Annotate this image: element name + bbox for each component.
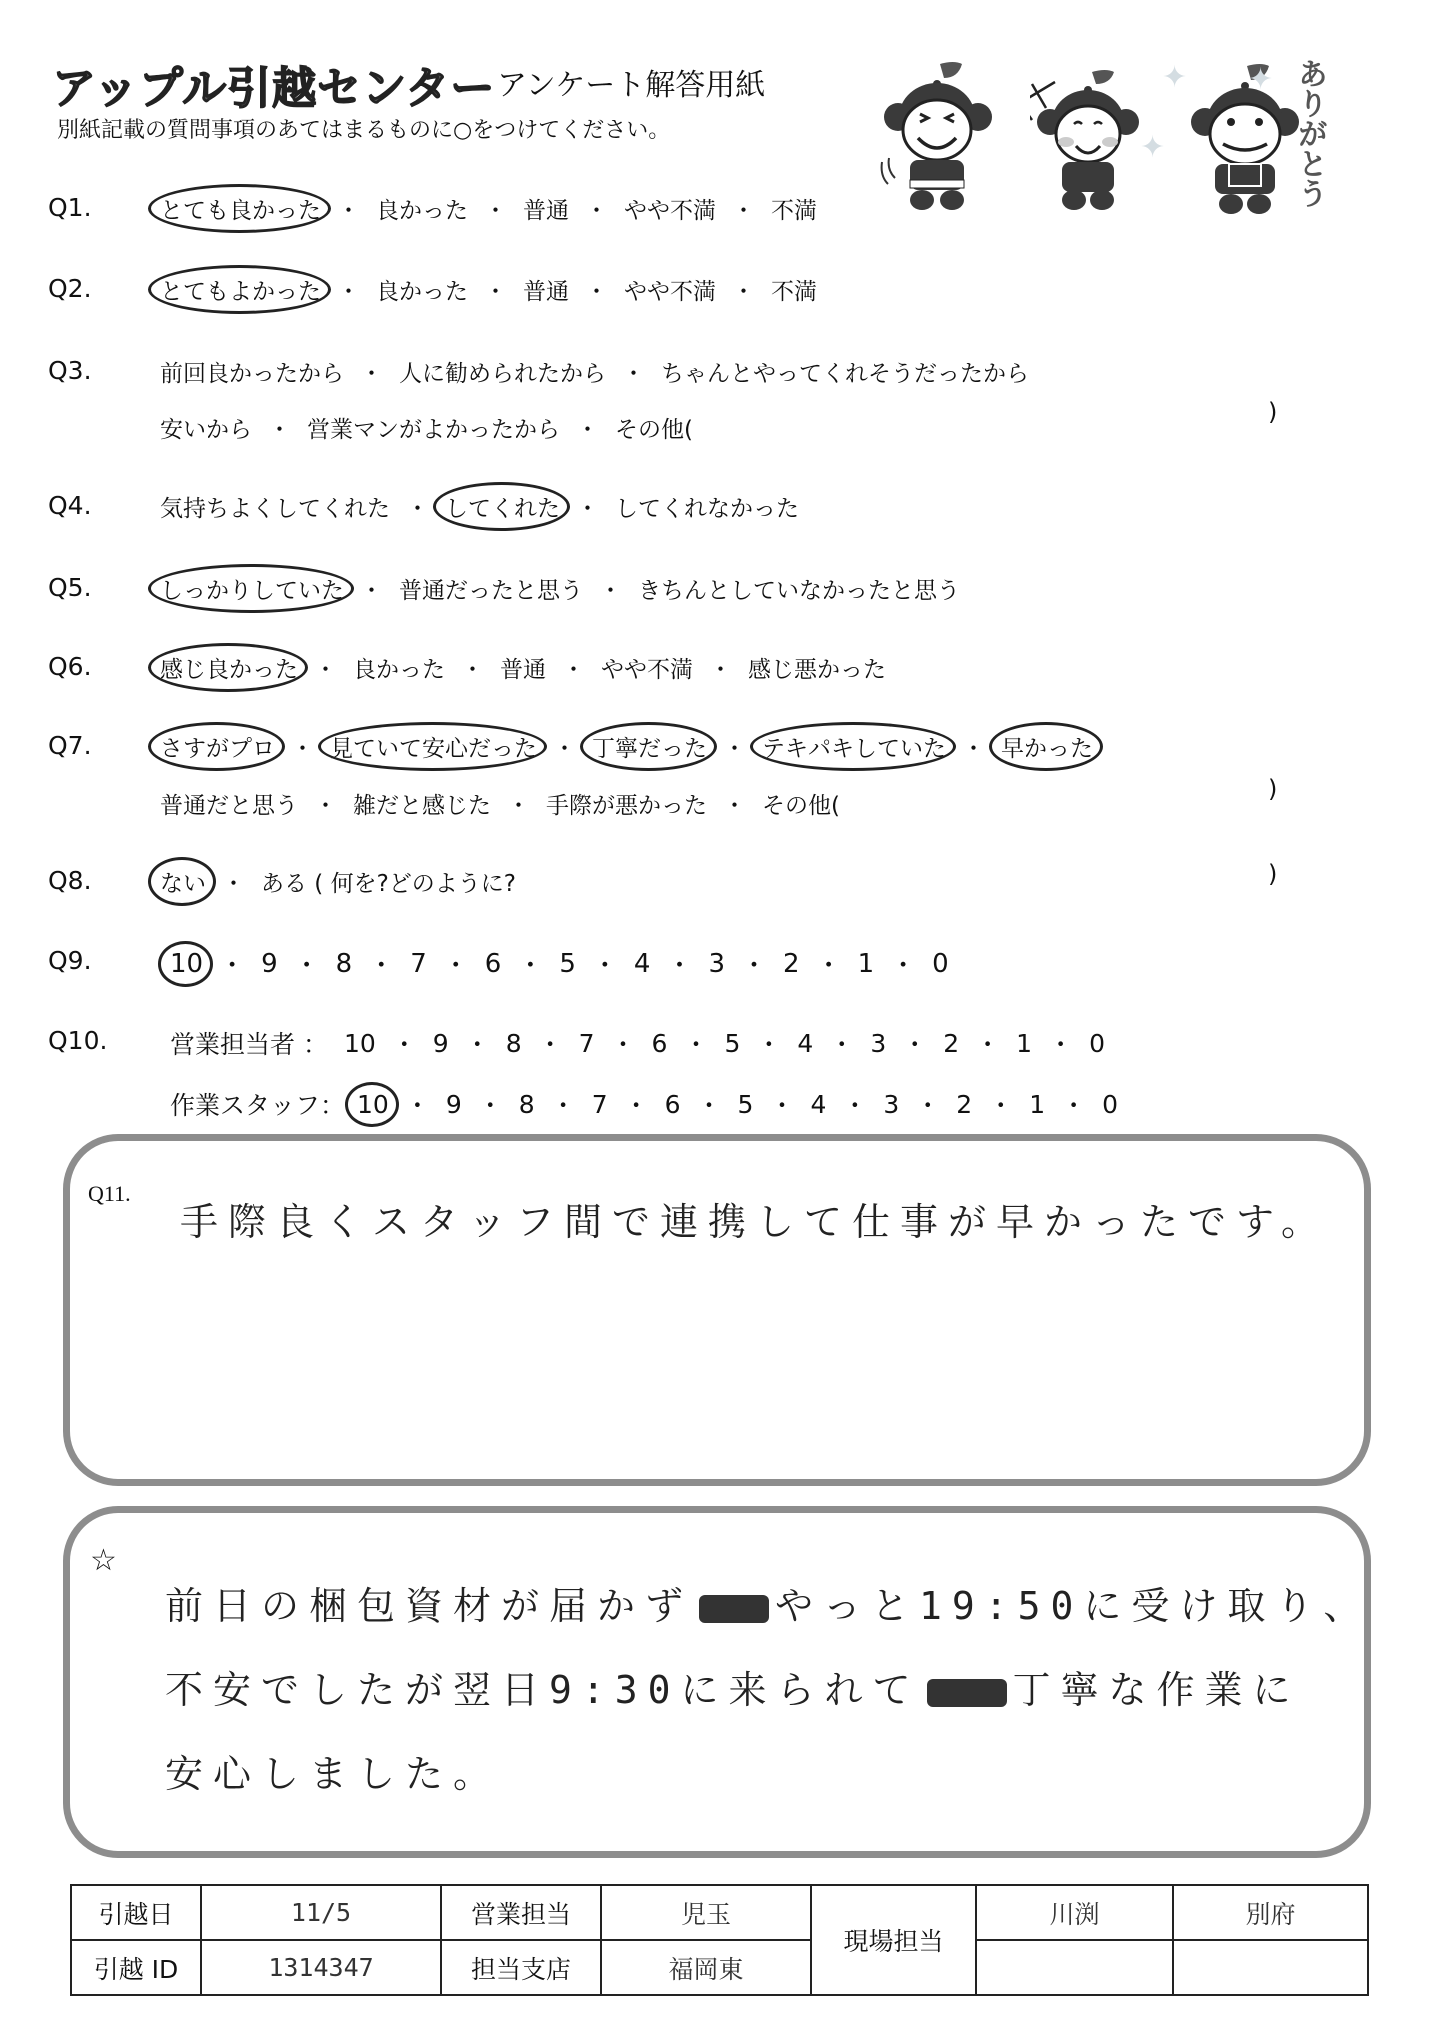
sparkle-icon: ✦ [1140, 130, 1165, 165]
q3-option-other[interactable]: その他( [613, 411, 695, 444]
q4-option[interactable]: 気持ちよくしてくれた [158, 490, 392, 523]
q10-sales-label: 営業担当者 ： [170, 1025, 328, 1061]
q7-options-row2: 普通だと思う・ 雑だと感じた・ 手際が悪かった・ その他( [158, 787, 842, 820]
q3-option[interactable]: 安いから [158, 411, 254, 444]
q3-close-paren: ) [1268, 398, 1277, 426]
q8-option[interactable]: ない [158, 865, 208, 898]
q10-staff-score[interactable]: 0 [1100, 1090, 1120, 1119]
q9-score[interactable]: 0 [930, 949, 951, 979]
q1-option[interactable]: やや不満 [622, 192, 718, 225]
q1-option[interactable]: とても良かった [158, 192, 323, 225]
q7-option-other[interactable]: その他( [760, 787, 842, 820]
q9-score[interactable]: 1 [856, 949, 877, 979]
q4-label: Q4. [48, 491, 92, 520]
sales-label: 営業担当 [441, 1885, 601, 1940]
q8-options: ない・ ある ( 何を?どのように? [158, 865, 518, 898]
q10-sales-score[interactable]: 10 [342, 1029, 378, 1058]
comment-line-1: 前日の梱包資材が届かずやっと19:50に受け取り、 [165, 1575, 1371, 1630]
q3-option[interactable]: 人に勧められたから [397, 355, 608, 388]
q9-score[interactable]: 3 [706, 949, 727, 979]
field-staff-4-value[interactable] [1173, 1940, 1368, 1995]
field-staff-1-value[interactable]: 川渕 [976, 1885, 1173, 1940]
q4-options: 気持ちよくしてくれた・ してくれた・ してくれなかった [158, 490, 801, 523]
move-date-value[interactable]: 11/5 [201, 1885, 441, 1940]
field-staff-2-value[interactable]: 別府 [1173, 1885, 1368, 1940]
q6-option[interactable]: 感じ良かった [158, 651, 300, 684]
q10-staff-score[interactable]: 9 [444, 1090, 464, 1119]
q10-staff-score[interactable]: 10 [355, 1090, 391, 1119]
q10-sales-score[interactable]: 4 [795, 1029, 815, 1058]
q10-sales-score[interactable]: 2 [941, 1029, 961, 1058]
branch-value[interactable]: 福岡東 [601, 1940, 811, 1995]
q3-option[interactable]: 営業マンがよかったから [305, 411, 562, 444]
mascot-caption: ありがとう [1290, 58, 1324, 208]
q8-option[interactable]: ある ( 何を?どのように? [259, 865, 518, 898]
q7-option[interactable]: テキパキしていた [760, 730, 948, 763]
q9-score[interactable]: 9 [259, 949, 280, 979]
q9-label: Q9. [48, 946, 92, 975]
q10-staff-score[interactable]: 2 [954, 1090, 974, 1119]
branch-label: 担当支店 [441, 1940, 601, 1995]
mascot-monkey-laughing-icon [880, 62, 995, 216]
q3-options-row1: 前回良かったから・ 人に勧められたから・ ちゃんとやってくれそうだったから [158, 355, 1031, 388]
comment-text: 前日の梱包資材が届かず [165, 1584, 693, 1628]
q10-staff-score[interactable]: 6 [663, 1090, 683, 1119]
q9-scale: 10・ 9・ 8・ 7・ 6・ 5・ 4・ 3・ 2・ 1・ 0 [168, 945, 951, 982]
field-staff-label: 現場担当 [811, 1885, 976, 1995]
q7-option[interactable]: 丁寧だった [590, 730, 709, 763]
q11-label: Q11. [88, 1181, 131, 1207]
q10-staff-scale: 作業スタッフ： 10・ 9・ 8・ 7・ 6・ 5・ 4・ 3・ 2・ 1・ 0 [170, 1086, 1120, 1122]
comment-text: 丁寧な作業に [1013, 1668, 1301, 1712]
q2-label: Q2. [48, 274, 92, 303]
q7-option[interactable]: 見ていて安心だった [328, 730, 539, 763]
comment-text: やっと19:50に受け取り、 [775, 1584, 1371, 1628]
q10-sales-score[interactable]: 9 [431, 1029, 451, 1058]
q10-label: Q10. [48, 1026, 107, 1055]
q9-score[interactable]: 6 [483, 949, 504, 979]
move-id-label: 引越 ID [71, 1940, 201, 1995]
q6-label: Q6. [48, 652, 92, 681]
q2-option[interactable]: 良かった [374, 273, 470, 306]
q10-sales-score[interactable]: 0 [1087, 1029, 1107, 1058]
sparkle-icon: ✦ [1248, 62, 1273, 97]
q1-label: Q1. [48, 193, 92, 222]
q7-option[interactable]: 雑だと感じた [351, 787, 493, 820]
q2-options: とてもよかった・ 良かった・ 普通・ やや不満・ 不満 [158, 273, 819, 306]
q10-sales-score[interactable]: 8 [504, 1029, 524, 1058]
instruction-text: 別紙記載の質問事項のあてはまるものに○をつけてください。 [57, 113, 670, 144]
q10-staff-score[interactable]: 3 [881, 1090, 901, 1119]
q4-option[interactable]: してくれなかった [613, 490, 801, 523]
q10-sales-score[interactable]: 6 [650, 1029, 670, 1058]
comment-text: 不安でしたが翌日9:30に来られて [165, 1668, 921, 1712]
q6-option[interactable]: 感じ悪かった [746, 651, 888, 684]
q4-option[interactable]: してくれた [443, 490, 562, 523]
scribble-redaction [927, 1679, 1007, 1707]
q3-option[interactable]: 前回良かったから [158, 355, 346, 388]
q7-options-row1: さすがプロ・ 見ていて安心だった・ 丁寧だった・ テキパキしていた・ 早かった [158, 730, 1095, 763]
q7-option[interactable]: 普通だと思う [158, 787, 300, 820]
field-staff-3-value[interactable] [976, 1940, 1173, 1995]
q10-sales-score[interactable]: 1 [1014, 1029, 1034, 1058]
q10-sales-score[interactable]: 3 [868, 1029, 888, 1058]
q9-score[interactable]: 7 [408, 949, 429, 979]
q7-label: Q7. [48, 731, 92, 760]
q10-sales-score[interactable]: 5 [722, 1029, 742, 1058]
q5-label: Q5. [48, 573, 92, 602]
star-icon: ☆ [90, 1543, 117, 1578]
q1-option[interactable]: 良かった [374, 192, 470, 225]
q1-option[interactable]: 不満 [769, 192, 819, 225]
q9-score[interactable]: 4 [632, 949, 653, 979]
q8-label: Q8. [48, 866, 92, 895]
q10-staff-score[interactable]: 4 [808, 1090, 828, 1119]
q7-close-paren: ) [1268, 775, 1277, 803]
q2-option[interactable]: 不満 [769, 273, 819, 306]
q5-option[interactable]: 普通だったと思う [397, 572, 585, 605]
company-title: アップル引越センター [52, 52, 495, 116]
sparkle-icon: ✦ [1162, 60, 1187, 95]
q3-label: Q3. [48, 356, 92, 385]
q6-option[interactable]: やや不満 [599, 651, 695, 684]
q1-options: とても良かった・ 良かった・ 普通・ やや不満・ 不満 [158, 192, 819, 225]
q7-option[interactable]: 手際が悪かった [544, 787, 709, 820]
scribble-redaction [699, 1595, 769, 1623]
form-title: アンケート解答用紙 [497, 60, 765, 104]
q10-staff-label: 作業スタッフ： [170, 1086, 345, 1122]
comment-line-3: 安心しました。 [165, 1743, 501, 1798]
comment-box[interactable]: ☆ 前日の梱包資材が届かずやっと19:50に受け取り、 不安でしたが翌日9:30… [63, 1506, 1371, 1858]
q11-answer-text: 手際良くスタッフ間で連携して仕事が早かったです。 [180, 1191, 1329, 1246]
q3-options-row2: 安いから・ 営業マンがよかったから・ その他( [158, 411, 695, 444]
move-date-label: 引越日 [71, 1885, 201, 1940]
q10-sales-score[interactable]: 7 [577, 1029, 597, 1058]
q1-option[interactable]: 普通 [521, 192, 571, 225]
mascot-monkey-shy-icon [1030, 70, 1145, 219]
q7-option[interactable]: さすがプロ [158, 730, 277, 763]
q8-close-paren: ) [1268, 860, 1277, 888]
q9-score[interactable]: 5 [557, 949, 578, 979]
q9-score[interactable]: 10 [168, 949, 205, 979]
move-info-table: 引越日 11/5 営業担当 児玉 現場担当 川渕 別府 引越 ID 131434… [70, 1884, 1369, 1996]
q5-option[interactable]: きちんとしていなかったと思う [636, 572, 962, 605]
q11-answer-box[interactable]: Q11. 手際良くスタッフ間で連携して仕事が早かったです。 [63, 1134, 1371, 1486]
q10-staff-score[interactable]: 1 [1027, 1090, 1047, 1119]
q9-score[interactable]: 8 [334, 949, 355, 979]
q6-options: 感じ良かった・ 良かった・ 普通・ やや不満・ 感じ悪かった [158, 651, 888, 684]
mascot-monkey-smiling-icon [1185, 64, 1305, 218]
q2-option[interactable]: やや不満 [622, 273, 718, 306]
q3-option[interactable]: ちゃんとやってくれそうだったから [659, 355, 1031, 388]
q9-score[interactable]: 2 [781, 949, 802, 979]
move-id-value[interactable]: 1314347 [201, 1940, 441, 1995]
sales-value[interactable]: 児玉 [601, 1885, 811, 1940]
q6-option[interactable]: 良かった [351, 651, 447, 684]
q7-option[interactable]: 早かった [999, 730, 1095, 763]
q10-staff-score[interactable]: 7 [590, 1090, 610, 1119]
q10-sales-scale: 営業担当者 ： 10・ 9・ 8・ 7・ 6・ 5・ 4・ 3・ 2・ 1・ 0 [170, 1025, 1107, 1061]
q10-staff-score[interactable]: 8 [517, 1090, 537, 1119]
q10-staff-score[interactable]: 5 [736, 1090, 756, 1119]
q5-option[interactable]: しっかりしていた [158, 572, 346, 605]
comment-line-2: 不安でしたが翌日9:30に来られて丁寧な作業に [165, 1659, 1301, 1714]
q6-option[interactable]: 普通 [498, 651, 548, 684]
q2-option[interactable]: 普通 [521, 273, 571, 306]
q5-options: しっかりしていた・ 普通だったと思う・ きちんとしていなかったと思う [158, 572, 962, 605]
q2-option[interactable]: とてもよかった [158, 273, 323, 306]
